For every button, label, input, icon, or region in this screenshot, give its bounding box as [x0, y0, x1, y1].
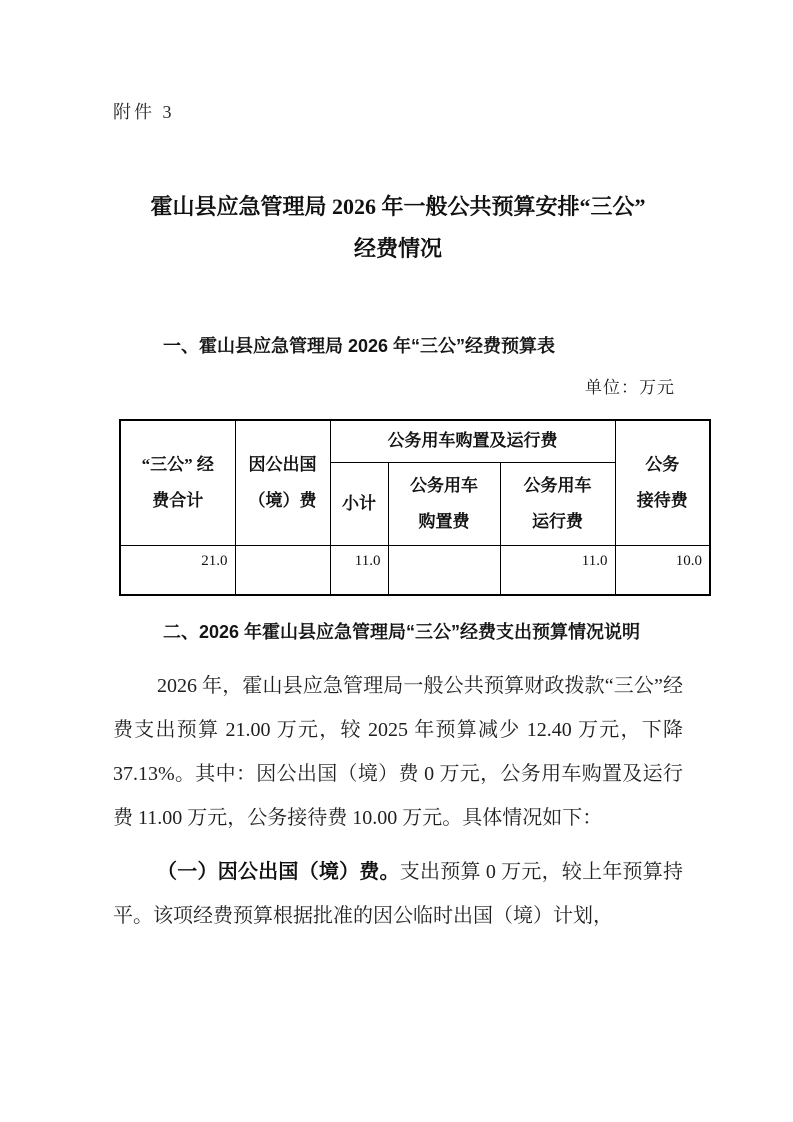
header-abroad-expense: 因公出国 （境）费: [235, 420, 330, 545]
document-title: 霍山县应急管理局 2026 年一般公共预算安排“三公” 经费情况: [113, 186, 683, 270]
detail-paragraph-1: （一）因公出国（境）费。支出预算 0 万元，较上年预算持平。该项经费预算根据批准…: [113, 850, 683, 938]
header-vehicle-purchase: 公务用车 购置费: [388, 462, 500, 545]
value-abroad-expense: [235, 545, 330, 595]
summary-paragraph: 2026 年，霍山县应急管理局一般公共预算财政拨款“三公”经费支出预算 21.0…: [113, 664, 683, 840]
header-vehicle-group: 公务用车购置及运行费: [330, 420, 615, 462]
document-page: 附件 3 霍山县应急管理局 2026 年一般公共预算安排“三公” 经费情况 一、…: [0, 0, 793, 1122]
header-vehicle-operation: 公务用车 运行费: [500, 462, 615, 545]
header-vehicle-subtotal: 小计: [330, 462, 388, 545]
header-total-expense: “三公” 经 费合计: [120, 420, 235, 545]
budget-table: “三公” 经 费合计 因公出国 （境）费 公务用车购置及运行费 公务 接待费 小…: [119, 419, 711, 596]
header-reception-expense: 公务 接待费: [615, 420, 710, 545]
unit-label: 单位：万元: [113, 376, 683, 400]
value-reception-expense: 10.0: [615, 545, 710, 595]
section-1-heading: 一、霍山县应急管理局 2026 年“三公”经费预算表: [113, 332, 683, 360]
table-header-row-1: “三公” 经 费合计 因公出国 （境）费 公务用车购置及运行费 公务 接待费: [120, 420, 710, 462]
attachment-label: 附件 3: [113, 100, 683, 124]
value-vehicle-subtotal: 11.0: [330, 545, 388, 595]
value-vehicle-operation: 11.0: [500, 545, 615, 595]
value-total-expense: 21.0: [120, 545, 235, 595]
value-vehicle-purchase: [388, 545, 500, 595]
section-2-heading: 二、2026 年霍山县应急管理局“三公”经费支出预算情况说明: [113, 610, 683, 654]
table-data-row: 21.0 11.0 11.0 10.0: [120, 545, 710, 595]
detail-paragraph-1-lead: （一）因公出国（境）费。: [157, 861, 400, 883]
